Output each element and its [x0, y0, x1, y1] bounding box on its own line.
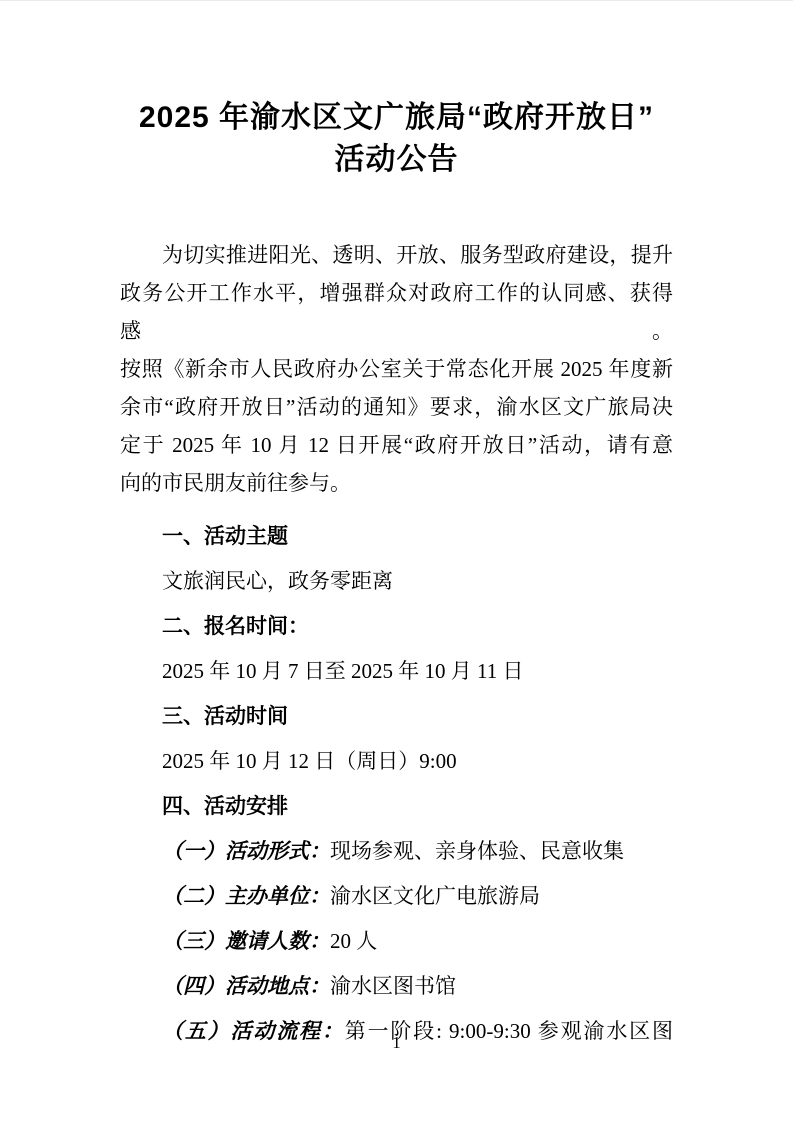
document-page: 2025 年渝水区文广旅局“政府开放日” 活动公告 为切实推进阳光、透明、开放、… — [0, 0, 793, 1122]
title-line-1: 2025 年渝水区文广旅局“政府开放日” — [60, 97, 733, 139]
section-heading: 三、活动时间 — [120, 694, 673, 739]
section-text: 2025 年 10 月 7 日至 2025 年 10 月 11 日 — [120, 649, 673, 694]
intro-line: 按照《新余市人民政府办公室关于常态化开展 2025 年度新 — [120, 350, 673, 388]
page-number: 1 — [0, 1032, 793, 1054]
item-label: （四）活动地点： — [162, 974, 330, 998]
section-heading: 二、报名时间： — [120, 604, 673, 649]
section-item: （三）邀请人数：20 人 — [120, 919, 673, 964]
section-text: 文旅润民心，政务零距离 — [120, 559, 673, 604]
intro-line: 为切实推进阳光、透明、开放、服务型政府建设，提升 — [120, 236, 673, 274]
item-value: 渝水区图书馆 — [330, 974, 456, 998]
item-label: （一）活动形式： — [162, 839, 330, 863]
intro-line: 向的市民朋友前往参与。 — [120, 464, 673, 502]
section-item: （四）活动地点：渝水区图书馆 — [120, 964, 673, 1009]
item-value: 现场参观、亲身体验、民意收集 — [330, 839, 624, 863]
section-heading: 四、活动安排 — [120, 784, 673, 829]
document-title: 2025 年渝水区文广旅局“政府开放日” 活动公告 — [60, 97, 733, 181]
intro-line: 政务公开工作水平，增强群众对政府工作的认同感、获得感。 — [120, 274, 673, 350]
section-item: （二）主办单位：渝水区文化广电旅游局 — [120, 874, 673, 919]
intro-paragraph: 为切实推进阳光、透明、开放、服务型政府建设，提升政务公开工作水平，增强群众对政府… — [120, 236, 673, 502]
intro-line: 定于 2025 年 10 月 12 日开展“政府开放日”活动，请有意 — [120, 426, 673, 464]
item-label: （二）主办单位： — [162, 884, 330, 908]
title-line-2: 活动公告 — [60, 139, 733, 181]
item-value: 20 人 — [330, 929, 377, 953]
sections-list: 一、活动主题文旅润民心，政务零距离二、报名时间：2025 年 10 月 7 日至… — [120, 514, 673, 1054]
intro-line: 余市“政府开放日”活动的通知》要求，渝水区文广旅局决 — [120, 388, 673, 426]
item-label: （三）邀请人数： — [162, 929, 330, 953]
section-text: 2025 年 10 月 12 日（周日）9:00 — [120, 739, 673, 784]
section-item: （一）活动形式：现场参观、亲身体验、民意收集 — [120, 829, 673, 874]
item-value: 渝水区文化广电旅游局 — [330, 884, 540, 908]
section-heading: 一、活动主题 — [120, 514, 673, 559]
